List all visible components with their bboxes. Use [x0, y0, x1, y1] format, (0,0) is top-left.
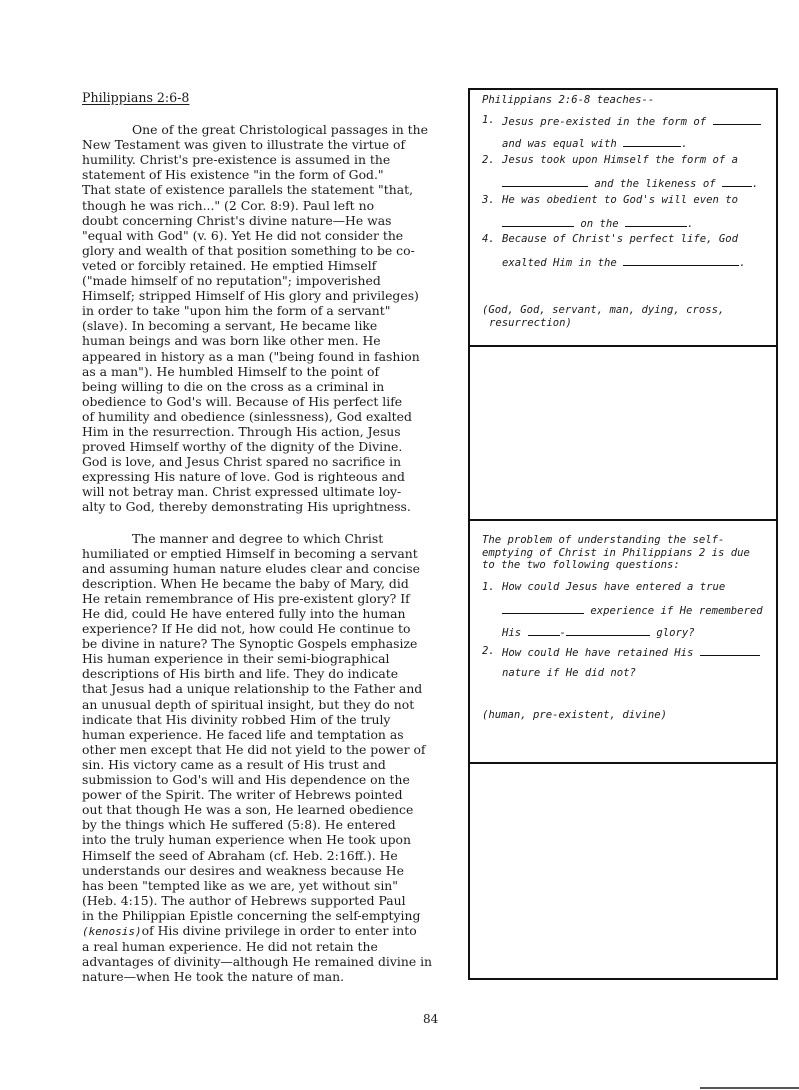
text-line: expressing His nature of love. God is ri… — [82, 469, 464, 484]
text-line: an unusual depth of spiritual insight, b… — [82, 697, 464, 712]
answer-blank[interactable] — [566, 625, 650, 636]
text-line: "equal with God" (v. 6). Yet He did not … — [82, 228, 464, 243]
text-line: a real human experience. He did not reta… — [82, 939, 464, 954]
text-line: human beings and was born like other men… — [82, 333, 464, 348]
empty-answer-box — [470, 345, 776, 519]
text-line: human experience. He faced life and temp… — [82, 727, 464, 742]
kenosis-term: (kenosis) — [82, 925, 142, 938]
text-line: advantages of divinity—although He remai… — [82, 954, 464, 969]
text-line: will not betray man. Christ expressed ul… — [82, 484, 464, 499]
text-line: The manner and degree to which Christ — [82, 531, 464, 546]
text-line: understands our desires and weakness bec… — [82, 863, 464, 878]
text-line: glory and wealth of that position someth… — [82, 243, 464, 258]
text-line: His human experience in their semi-biogr… — [82, 651, 464, 666]
text-line: in the Philippian Epistle concerning the… — [82, 908, 464, 923]
text-line: being willing to die on the cross as a c… — [82, 379, 464, 394]
page-number: 84 — [423, 1012, 438, 1026]
answer-blank[interactable] — [502, 216, 574, 227]
text-line: (slave). In becoming a servant, He becam… — [82, 318, 464, 333]
text-line: descriptions of His birth and life. They… — [82, 666, 464, 681]
text-line: proved Himself worthy of the dignity of … — [82, 439, 464, 454]
text-line: He did, could He have entered fully into… — [82, 606, 464, 621]
text-line: nature—when He took the nature of man. — [82, 969, 464, 984]
text-line: Him in the resurrection. Through His act… — [82, 424, 464, 439]
answer-blank[interactable] — [623, 255, 739, 266]
text-line: of humility and obedience (sinlessness),… — [82, 409, 464, 424]
text-line: Himself the seed of Abraham (cf. Heb. 2:… — [82, 848, 464, 863]
text-line: God is love, and Jesus Christ spared no … — [82, 454, 464, 469]
text-line: and assuming human nature eludes clear a… — [82, 561, 464, 576]
text-line: One of the great Christological passages… — [82, 122, 464, 137]
text-line: has been "tempted like as we are, yet wi… — [82, 878, 464, 893]
text-line: as a man"). He humbled Himself to the po… — [82, 364, 464, 379]
text-line: doubt concerning Christ's divine nature—… — [82, 213, 464, 228]
text-line: though he was rich..." (2 Cor. 8:9). Pau… — [82, 198, 464, 213]
box-title: Philippians 2:6-8 teaches-- — [482, 94, 654, 106]
word-bank: (human, pre-existent, divine) — [482, 709, 667, 722]
text-line: appeared in history as a man ("being fou… — [82, 349, 464, 364]
answer-blank[interactable] — [625, 216, 687, 227]
answer-blank[interactable] — [502, 603, 584, 614]
text-line: humiliated or emptied Himself in becomin… — [82, 546, 464, 561]
text-line: veted or forcibly retained. He emptied H… — [82, 258, 464, 273]
word-bank: (God, God, servant, man, dying, cross, r… — [482, 304, 724, 330]
worksheet-boxes: Philippians 2:6-8 teaches-- 1. Jesus pre… — [468, 88, 778, 980]
answer-blank[interactable] — [713, 114, 761, 125]
text-line: other men except that He did not yield t… — [82, 742, 464, 757]
article-heading: Philippians 2:6-8 — [82, 90, 189, 105]
paragraph-2: The manner and degree to which Christhum… — [82, 531, 464, 985]
empty-answer-box — [470, 762, 776, 978]
text-line: humility. Christ's pre-existence is assu… — [82, 152, 464, 167]
article-column: Philippians 2:6-8 One of the great Chris… — [82, 90, 464, 984]
text-line: ("made himself of no reputation"; impove… — [82, 273, 464, 288]
answer-blank[interactable] — [623, 136, 681, 147]
text-line: He retain remembrance of His pre-existen… — [82, 591, 464, 606]
text-line: power of the Spirit. The writer of Hebre… — [82, 787, 464, 802]
footer-rule — [700, 1087, 799, 1089]
text-line: into the truly human experience when He … — [82, 832, 464, 847]
worksheet-box-teaches: Philippians 2:6-8 teaches-- 1. Jesus pre… — [470, 90, 776, 345]
text-line: alty to God, thereby demonstrating His u… — [82, 499, 464, 514]
text-line: experience? If He did not, how could He … — [82, 621, 464, 636]
text-line: submission to God's will and His depende… — [82, 772, 464, 787]
text-line: Himself; stripped Himself of His glory a… — [82, 288, 464, 303]
answer-blank[interactable] — [502, 176, 588, 187]
text-line: obedience to God's will. Because of His … — [82, 394, 464, 409]
answer-blank[interactable] — [528, 625, 560, 636]
answer-blank[interactable] — [700, 645, 760, 656]
text-line: in order to take "upon him the form of a… — [82, 303, 464, 318]
text-line: (Heb. 4:15). The author of Hebrews suppo… — [82, 893, 464, 908]
text-line: statement of His existence "in the form … — [82, 167, 464, 182]
paragraph-1: One of the great Christological passages… — [82, 122, 464, 514]
text-line: by the things which He suffered (5:8). H… — [82, 817, 464, 832]
text-line: That state of existence parallels the st… — [82, 182, 464, 197]
text-line: description. When He became the baby of … — [82, 576, 464, 591]
text-line: that Jesus had a unique relationship to … — [82, 681, 464, 696]
text-line: be divine in nature? The Synoptic Gospel… — [82, 636, 464, 651]
text-line: out that though He was a son, He learned… — [82, 802, 464, 817]
text-line: indicate that His divinity robbed Him of… — [82, 712, 464, 727]
worksheet-box-problem: The problem of understanding the self- e… — [470, 519, 776, 762]
text-line: (kenosis)of His divine privilege in orde… — [82, 923, 464, 939]
text-line: New Testament was given to illustrate th… — [82, 137, 464, 152]
text-line: sin. His victory came as a result of His… — [82, 757, 464, 772]
answer-blank[interactable] — [722, 176, 752, 187]
box-intro: The problem of understanding the self- e… — [482, 534, 750, 572]
